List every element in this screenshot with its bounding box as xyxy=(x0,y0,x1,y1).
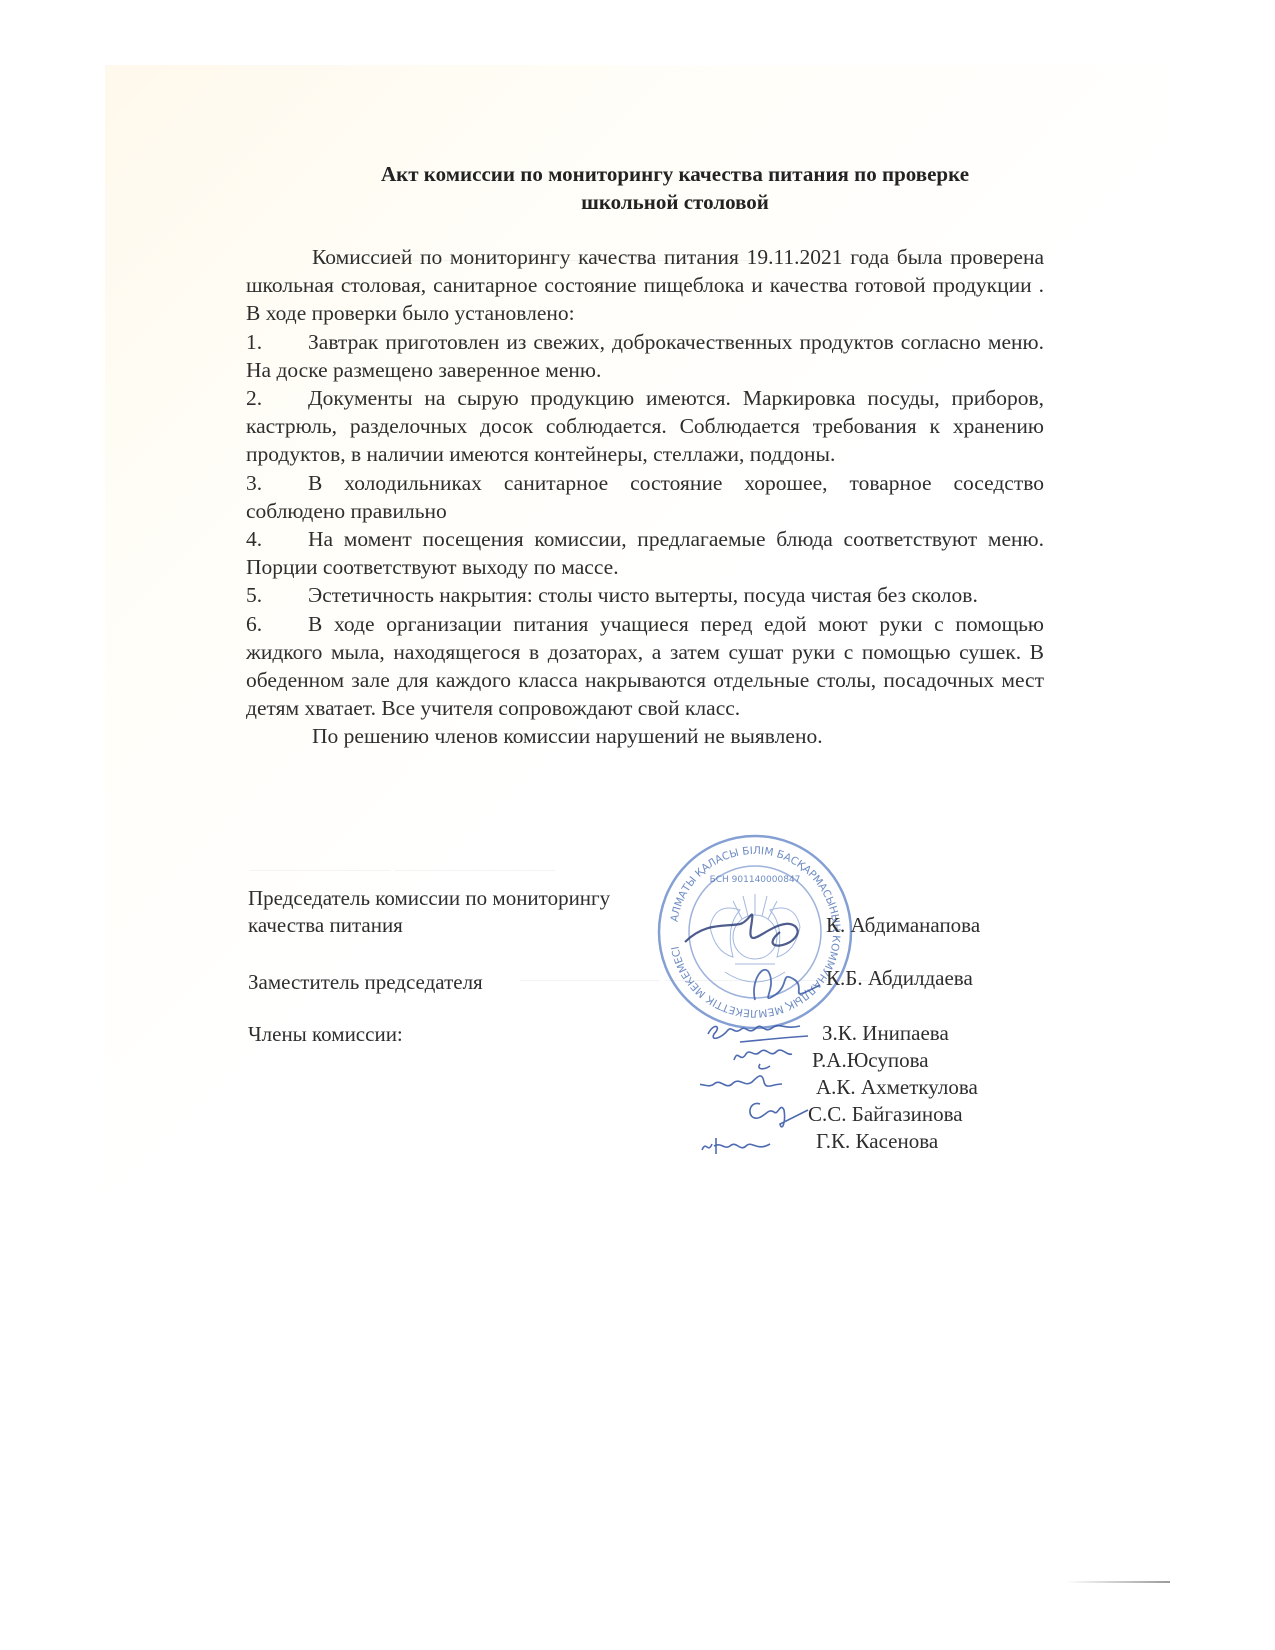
intro-paragraph: Комиссией по мониторингу качества питани… xyxy=(246,243,1044,328)
member-name: Р.А.Юсупова xyxy=(812,1047,978,1074)
item-number: 2. xyxy=(246,384,308,412)
vice-chair-role: Заместитель председателя xyxy=(248,969,483,996)
title-line-2: школьной столовой xyxy=(240,188,1110,216)
item-text: На момент посещения комиссии, предлагаем… xyxy=(246,527,1044,579)
document-body: Комиссией по мониторингу качества питани… xyxy=(246,243,1044,751)
member-name: З.К. Инипаева xyxy=(822,1020,978,1047)
title-line-1: Акт комиссии по мониторингу качества пит… xyxy=(240,160,1110,188)
finding-item-2: 2.Документы на сырую продукцию имеются. … xyxy=(246,384,1044,469)
finding-item-4: 4.На момент посещения комиссии, предлага… xyxy=(246,525,1044,581)
finding-item-3: 3.В холодильниках санитарное состояние х… xyxy=(246,469,1044,525)
item-text: В ходе организации питания учащиеся пере… xyxy=(246,612,1044,721)
vice-chair-name: К.Б. Абдилдаева xyxy=(826,965,973,992)
finding-item-1: 1.Завтрак приготовлен из свежих, доброка… xyxy=(246,328,1044,384)
vice-chair-signature-row: Заместитель председателя К.Б. Абдилдаева xyxy=(248,969,1048,999)
item-number: 4. xyxy=(246,525,308,553)
finding-item-6: 6.В ходе организации питания учащиеся пе… xyxy=(246,610,1044,723)
stamp-id-text: БСН 901140000847 xyxy=(710,875,801,885)
item-text: Эстетичность накрытия: столы чисто вытер… xyxy=(308,583,978,607)
members-role: Члены комиссии: xyxy=(248,1021,403,1048)
chair-role: Председатель комиссии по мониторингу кач… xyxy=(248,885,610,939)
item-number: 1. xyxy=(246,328,308,356)
members-names-list: З.К. Инипаева Р.А.Юсупова А.К. Ахметкуло… xyxy=(808,1020,978,1155)
conclusion-paragraph: По решению членов комиссии нарушений не … xyxy=(246,722,1044,750)
item-number: 6. xyxy=(246,610,308,638)
item-number: 5. xyxy=(246,581,308,609)
members-handwritten-signatures-icon xyxy=(700,1012,810,1162)
chair-name: К. Абдиманапова xyxy=(826,912,980,939)
chair-signature-row: Председатель комиссии по мониторингу кач… xyxy=(248,885,1048,945)
member-name: А.К. Ахметкулова xyxy=(816,1074,978,1101)
member-name: С.С. Байгазинова xyxy=(808,1101,978,1128)
item-text: Завтрак приготовлен из свежих, доброкаче… xyxy=(246,330,1044,382)
finding-item-5: 5.Эстетичность накрытия: столы чисто выт… xyxy=(246,581,1044,609)
member-name: Г.К. Касенова xyxy=(816,1128,978,1155)
document-title: Акт комиссии по мониторингу качества пит… xyxy=(240,160,1110,216)
vice-chair-signature-icon xyxy=(735,950,825,1010)
item-number: 3. xyxy=(246,469,308,497)
bleed-through-text: ——————— ———————— xyxy=(250,858,555,881)
paper-edge-shadow xyxy=(1065,1581,1170,1583)
item-text: Документы на сырую продукцию имеются. Ма… xyxy=(246,386,1044,466)
item-text: В холодильниках санитарное состояние хор… xyxy=(246,471,1044,523)
